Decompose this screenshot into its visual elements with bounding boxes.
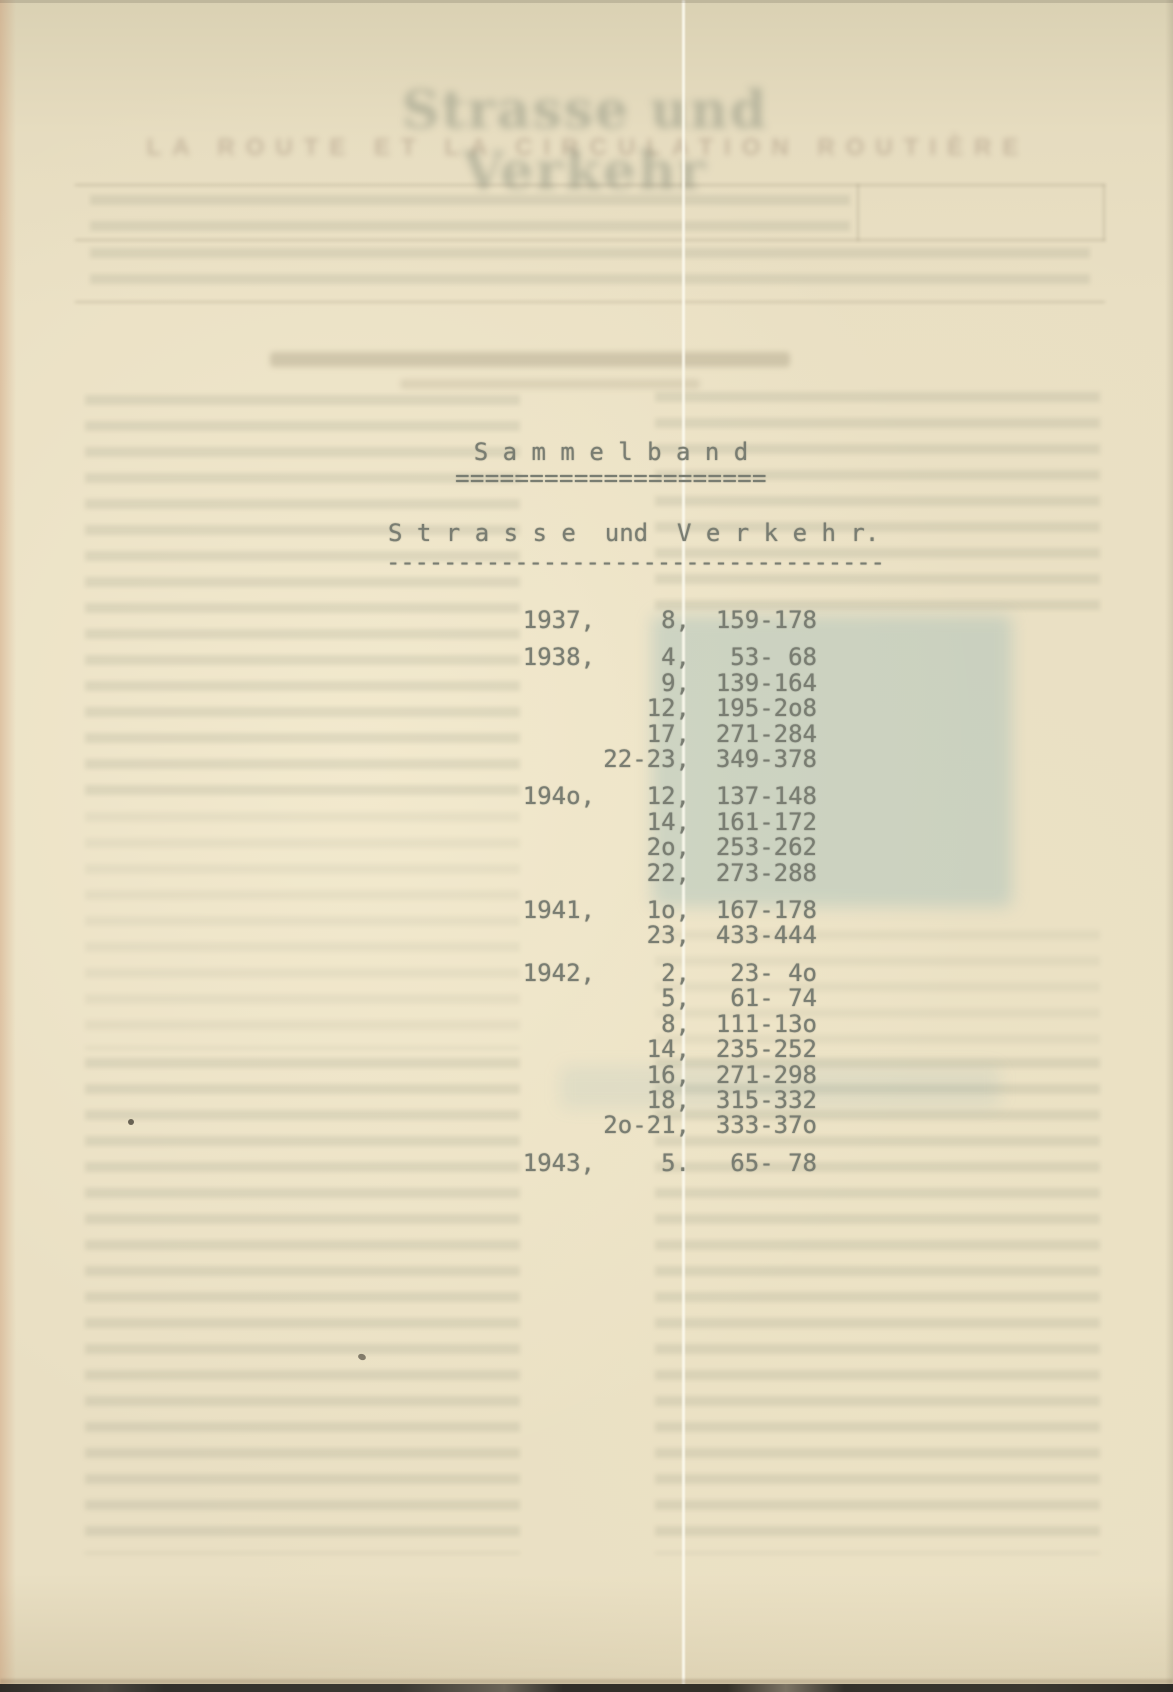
index-pages: 433-444 [690, 923, 817, 948]
index-row: 1941,1o,167-178 [475, 898, 817, 923]
index-issue: 1o, [595, 898, 690, 923]
index-issue: 5. [595, 1151, 690, 1176]
bleedthrough-heading [270, 352, 790, 367]
index-issue: 17, [595, 722, 690, 747]
bleedthrough-rule [1103, 184, 1105, 241]
bleedthrough-rule [75, 239, 1105, 241]
index-pages: 349-378 [690, 747, 817, 772]
index-year [475, 1113, 595, 1138]
bleedthrough-masthead-subtitle: LA ROUTE ET LA CIRCULATION ROUTIÈRE [68, 134, 1108, 168]
index-row: 1938,4,53- 68 [475, 645, 817, 670]
page-edge-right [1165, 0, 1173, 1692]
index-year [475, 722, 595, 747]
index-year [475, 923, 595, 948]
index-issue: 18, [595, 1088, 690, 1113]
index-pages: 333-37o [690, 1113, 817, 1138]
index-issue: 2, [595, 961, 690, 986]
index-pages: 159-178 [690, 608, 817, 633]
page-edge-left [0, 0, 16, 1692]
index-year [475, 1012, 595, 1037]
series-title: S t r a s s e und V e r k e h r. [388, 519, 879, 547]
index-year: 1942, [475, 961, 595, 986]
scanned-page: Strasse und Verkehr LA ROUTE ET LA CIRCU… [0, 0, 1173, 1692]
index-row: 194o,12,137-148 [475, 784, 817, 809]
index-row: 17,271-284 [475, 722, 817, 747]
index-row: 5,61- 74 [475, 986, 817, 1011]
index-row: 14,161-172 [475, 810, 817, 835]
series-title-underline: ----------------------------------- [386, 548, 885, 576]
bleedthrough-masthead-title: Strasse und Verkehr [300, 80, 870, 142]
collection-title-underline: ===================== [452, 464, 770, 492]
bleedthrough-rule [75, 184, 1105, 186]
bleedthrough-text-column [85, 812, 520, 1050]
index-row: 22,273-288 [475, 861, 817, 886]
index-issue: 22, [595, 861, 690, 886]
index-row: 14,235-252 [475, 1037, 817, 1062]
index-row: 18,315-332 [475, 1088, 817, 1113]
index-table: 1937,8,159-1781938,4,53- 689,139-16412,1… [475, 608, 817, 1176]
bleedthrough-header-text [90, 248, 1090, 296]
collection-title: S a m m e l b a n d [455, 438, 767, 466]
index-pages: 137-148 [690, 784, 817, 809]
index-row: 2o,253-262 [475, 835, 817, 860]
index-pages: 139-164 [690, 671, 817, 696]
index-pages: 273-288 [690, 861, 817, 886]
index-issue: 14, [595, 810, 690, 835]
index-row: 22-23,349-378 [475, 747, 817, 772]
index-year [475, 835, 595, 860]
index-year: 1941, [475, 898, 595, 923]
index-pages: 167-178 [690, 898, 817, 923]
index-year [475, 696, 595, 721]
index-year: 1937, [475, 608, 595, 633]
index-issue: 9, [595, 671, 690, 696]
index-row: 8,111-13o [475, 1012, 817, 1037]
index-issue: 8, [595, 608, 690, 633]
index-pages: 65- 78 [690, 1151, 817, 1176]
bleedthrough-rule [75, 301, 1105, 303]
index-issue: 14, [595, 1037, 690, 1062]
index-pages: 61- 74 [690, 986, 817, 1011]
index-pages: 271-284 [690, 722, 817, 747]
index-pages: 253-262 [690, 835, 817, 860]
index-row: 1937,8,159-178 [475, 608, 817, 633]
index-issue: 23, [595, 923, 690, 948]
index-year [475, 1063, 595, 1088]
index-issue: 12, [595, 784, 690, 809]
index-issue: 2o-21, [595, 1113, 690, 1138]
index-row: 2o-21,333-37o [475, 1113, 817, 1138]
index-pages: 315-332 [690, 1088, 817, 1113]
index-row: 1942,2,23- 4o [475, 961, 817, 986]
index-issue: 12, [595, 696, 690, 721]
index-year: 1938, [475, 645, 595, 670]
ink-speck [128, 1119, 134, 1125]
index-year [475, 861, 595, 886]
index-issue: 22-23, [595, 747, 690, 772]
page-edge-top [0, 0, 1173, 3]
index-pages: 111-13o [690, 1012, 817, 1037]
index-year [475, 1037, 595, 1062]
index-year [475, 747, 595, 772]
bleedthrough-heading [400, 379, 700, 389]
index-issue: 8, [595, 1012, 690, 1037]
index-row: 9,139-164 [475, 671, 817, 696]
index-year [475, 1088, 595, 1113]
index-pages: 23- 4o [690, 961, 817, 986]
index-year: 194o, [475, 784, 595, 809]
index-pages: 53- 68 [690, 645, 817, 670]
index-row: 23,433-444 [475, 923, 817, 948]
index-year: 1943, [475, 1151, 595, 1176]
index-pages: 195-2o8 [690, 696, 817, 721]
index-row: 1943,5.65- 78 [475, 1151, 817, 1176]
index-pages: 161-172 [690, 810, 817, 835]
index-pages: 235-252 [690, 1037, 817, 1062]
index-issue: 16, [595, 1063, 690, 1088]
index-year [475, 986, 595, 1011]
index-issue: 5, [595, 986, 690, 1011]
index-issue: 4, [595, 645, 690, 670]
bleedthrough-text-column [85, 1058, 520, 1554]
bleedthrough-text-column [655, 392, 1100, 614]
bleedthrough-header-text [90, 195, 850, 235]
index-year [475, 671, 595, 696]
index-year [475, 810, 595, 835]
index-pages: 271-298 [690, 1063, 817, 1088]
index-row: 12,195-2o8 [475, 696, 817, 721]
bleedthrough-rule [857, 184, 859, 241]
index-issue: 2o, [595, 835, 690, 860]
ink-speck [357, 1353, 367, 1361]
page-edge-bottom [0, 1684, 1173, 1692]
index-row: 16,271-298 [475, 1063, 817, 1088]
